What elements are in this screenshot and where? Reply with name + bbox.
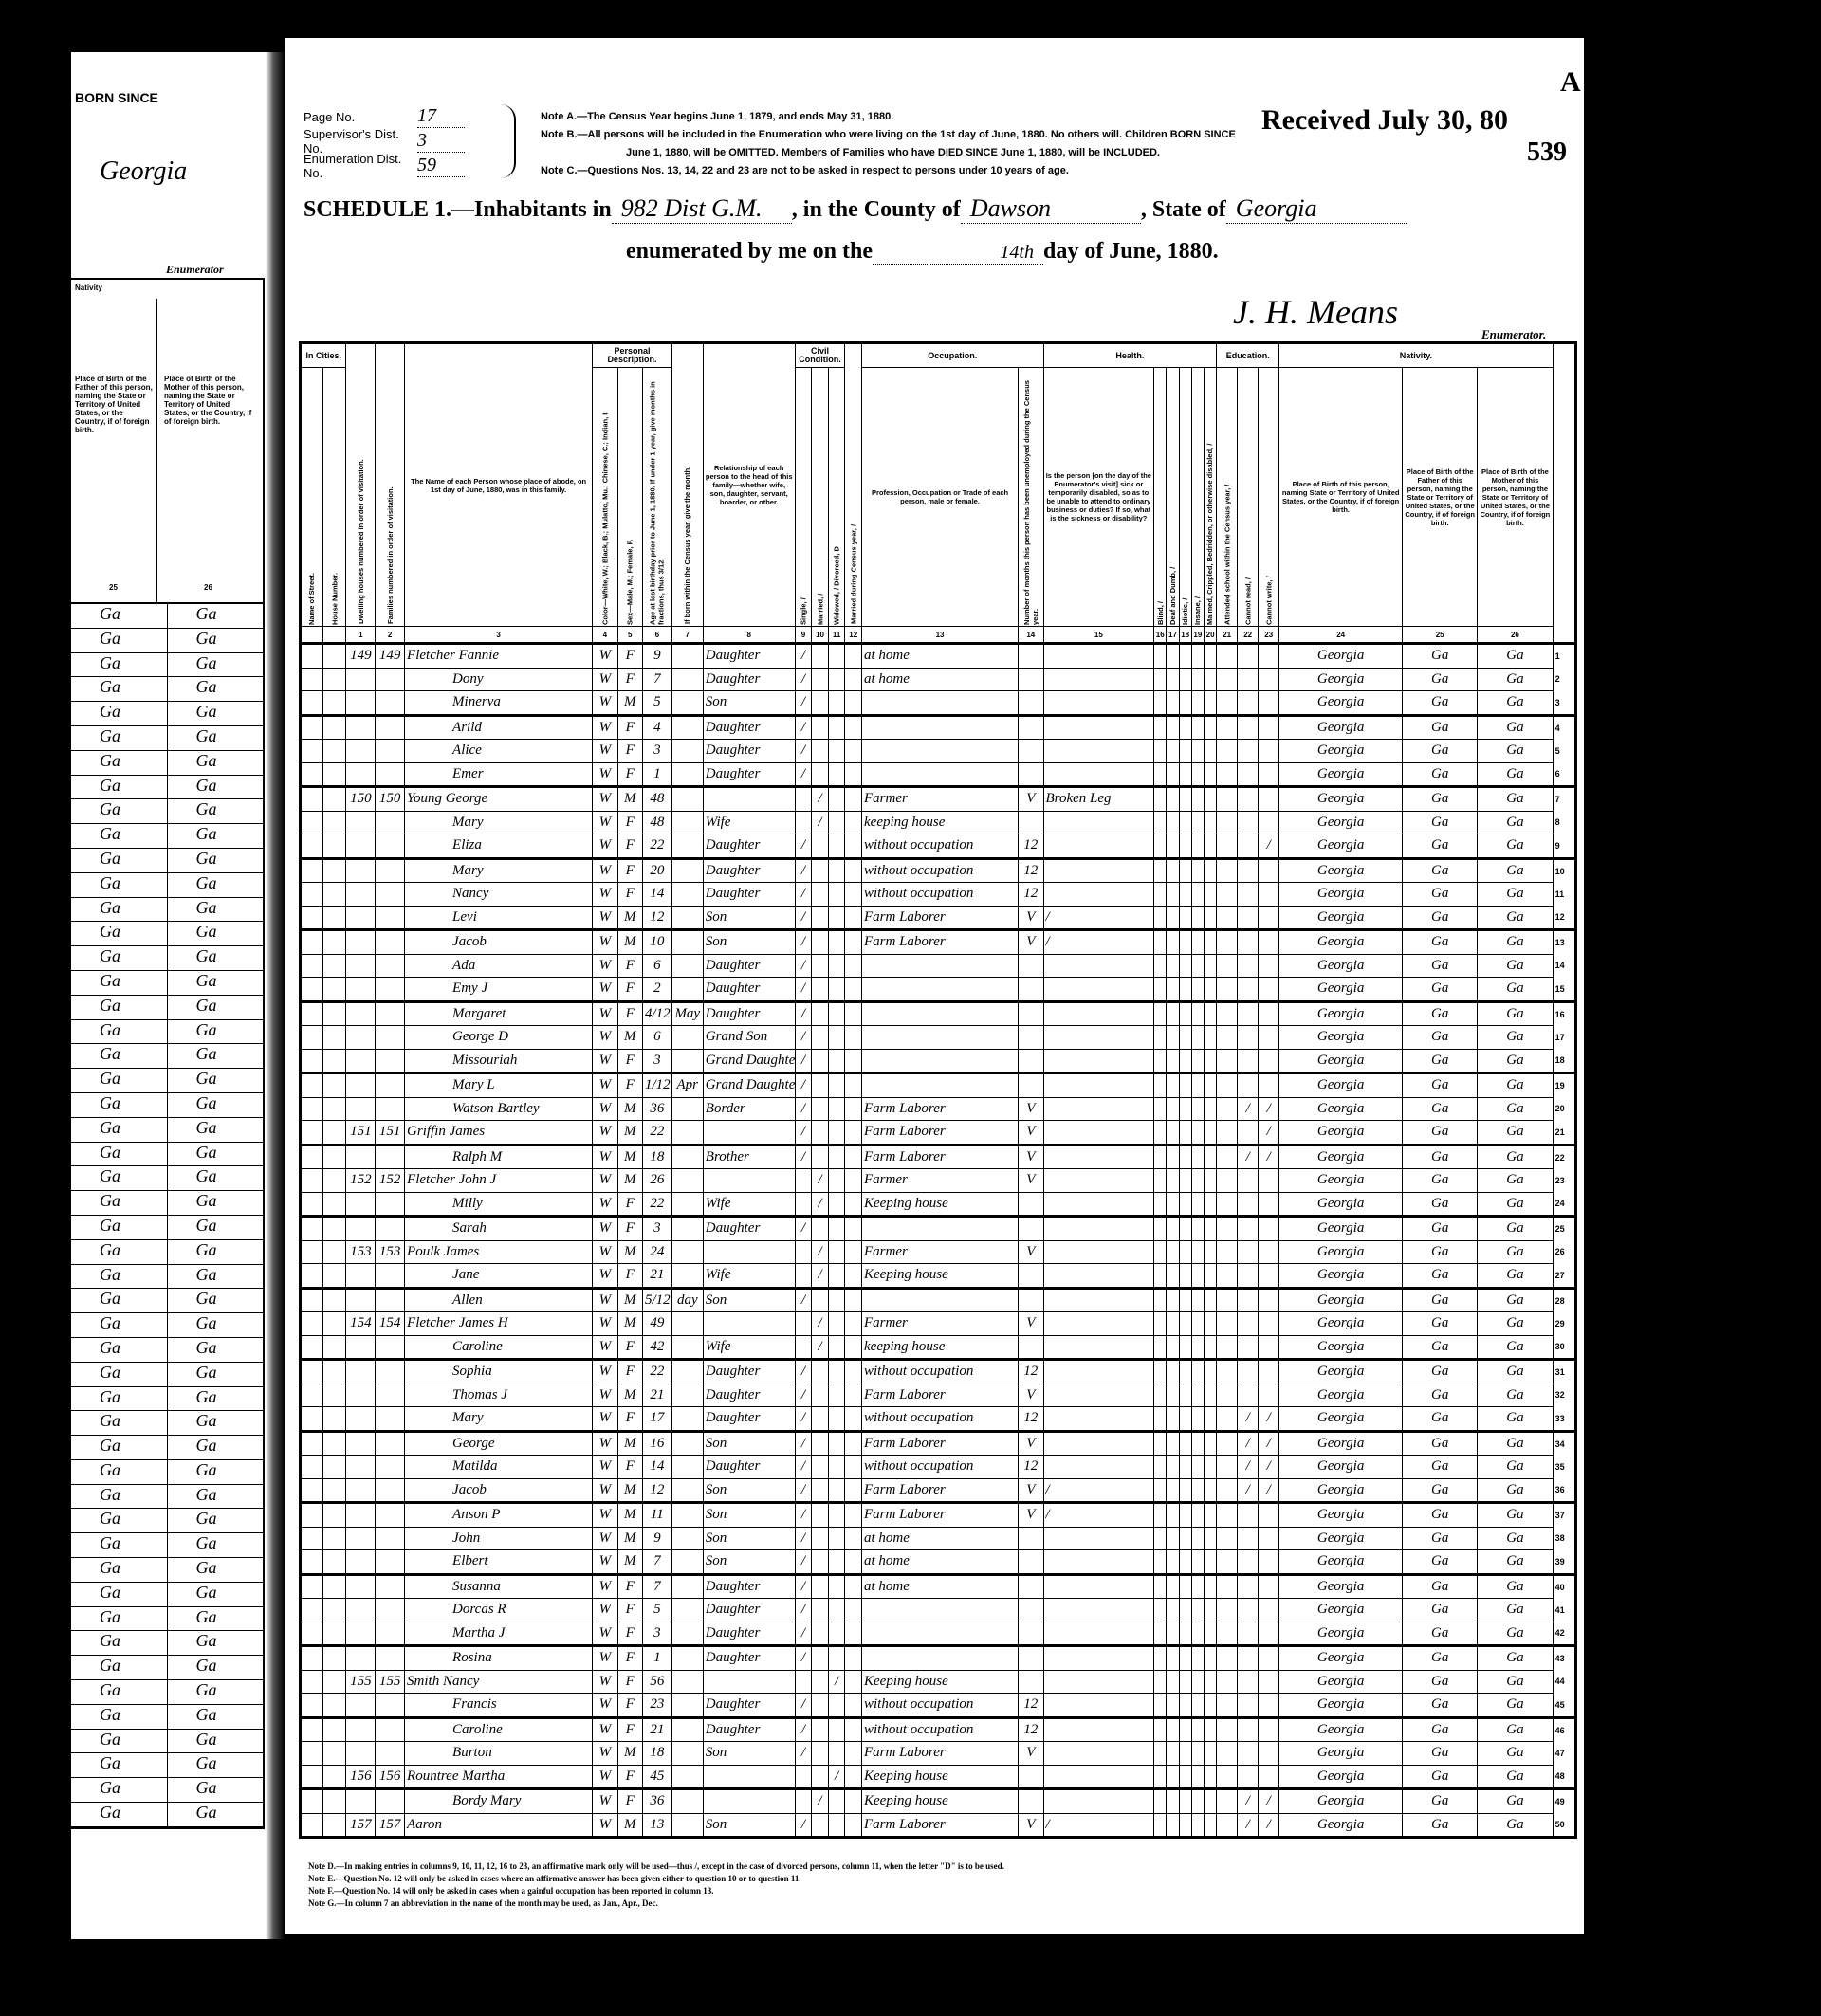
widowed-cell [828,1026,845,1050]
idiotic-cell [1179,1312,1191,1336]
prev-father-birthplace: Ga [71,824,167,848]
cannot-write-cell [1259,858,1279,883]
sex-cell: M [617,1503,642,1528]
cannot-read-cell [1238,644,1259,669]
married-cell [812,1622,829,1646]
prev-row: GaGa [71,1166,263,1191]
sickness-cell [1043,1431,1154,1456]
birth-month-cell [671,1574,703,1599]
birthplace-cell: Georgia [1279,811,1403,834]
idiotic-cell [1179,1264,1191,1289]
months-unemployed-cell: V [1019,1813,1043,1838]
deaf-dumb-cell [1167,978,1179,1002]
cannot-read-cell [1238,1335,1259,1360]
street-cell [301,1456,323,1479]
prev-father-birthplace: Ga [71,1583,167,1606]
street-cell [301,1026,323,1050]
table-row: MinervaWM5Son/GeorgiaGaGa3 [301,691,1576,716]
married-cell [812,858,829,883]
mother-birthplace-cell: Ga [1478,1717,1553,1742]
blind-cell [1154,1049,1167,1073]
relationship-cell [703,1121,795,1145]
person-name-cell: Rosina [405,1646,593,1671]
color-cell: W [593,1288,617,1312]
idiotic-cell [1179,1670,1191,1694]
sickness-cell [1043,1073,1154,1098]
deaf-dumb-cell [1167,1574,1179,1599]
cannot-write-cell: / [1259,1097,1279,1121]
birth-month-cell [671,787,703,812]
sex-cell: M [617,691,642,716]
months-unemployed-cell [1019,1574,1043,1599]
col5-header: Sex—Male, M.; Female, F. [617,368,642,627]
prev-row: GaGa [71,1509,263,1533]
attended-school-cell [1217,883,1238,907]
father-birthplace-cell: Ga [1403,1431,1478,1456]
birth-month-cell [671,1503,703,1528]
occupation-cell: keeping house [862,1335,1019,1360]
sex-cell: F [617,978,642,1002]
street-cell [301,1121,323,1145]
relationship-cell [703,1765,795,1789]
sex-cell: F [617,1789,642,1814]
birthplace-cell: Georgia [1279,883,1403,907]
months-unemployed-cell: V [1019,930,1043,955]
birthplace-cell: Georgia [1279,668,1403,691]
prev-row: GaGa [71,1363,263,1387]
sickness-cell [1043,1765,1154,1789]
birth-month-cell [671,1456,703,1479]
relationship-cell: Daughter [703,740,795,763]
widowed-cell [828,1646,845,1671]
insane-cell [1191,1192,1204,1217]
birth-month-cell [671,1049,703,1073]
person-name-cell: Elbert [405,1550,593,1575]
col26-header: Place of Birth of the Mother of this per… [1478,368,1553,627]
idiotic-cell [1179,834,1191,859]
prev-mother-birthplace: Ga [167,1803,264,1826]
father-birthplace-cell: Ga [1403,978,1478,1002]
age-cell: 9 [642,644,671,669]
street-cell [301,954,323,978]
deaf-dumb-cell [1167,1121,1179,1145]
color-cell: W [593,930,617,955]
married-census-year-cell [845,1765,862,1789]
family-number-cell [376,1264,405,1289]
dwelling-number-cell [346,1599,376,1622]
dwelling-number-cell [346,715,376,740]
table-row: MillyWF22Wife/Keeping houseGeorgiaGaGa24 [301,1192,1576,1217]
row-number-cell: 25 [1553,1217,1575,1241]
cannot-write-cell [1259,1599,1279,1622]
mother-birthplace-cell: Ga [1478,1599,1553,1622]
occupation-cell: at home [862,644,1019,669]
maimed-cell [1204,1097,1216,1121]
single-cell [795,1192,812,1217]
prev-row: GaGa [71,1778,263,1803]
father-birthplace-cell: Ga [1403,1670,1478,1694]
sex-cell: F [617,1670,642,1694]
prev-mother-birthplace: Ga [167,1730,264,1753]
single-cell: / [795,954,812,978]
birth-month-cell [671,1407,703,1432]
birth-month-cell [671,1599,703,1622]
idiotic-cell [1179,740,1191,763]
table-row: 149149Fletcher FannieWF9Daughter/at home… [301,644,1576,669]
married-census-year-cell [845,1503,862,1528]
cannot-read-cell [1238,740,1259,763]
insane-cell [1191,1001,1204,1026]
sex-cell: F [617,1622,642,1646]
col6-header: Age at last birthday prior to June 1, 18… [642,368,671,627]
blind-cell [1154,740,1167,763]
insane-cell [1191,1384,1204,1407]
table-row: 154154Fletcher James HWM49/FarmerVGeorgi… [301,1312,1576,1336]
street-cell [301,1288,323,1312]
person-name-cell: Fletcher Fannie [405,644,593,669]
family-number-cell [376,1097,405,1121]
street-cell [301,1527,323,1550]
prev-row: GaGa [71,1191,263,1216]
maimed-cell [1204,930,1216,955]
married-cell [812,1431,829,1456]
birthplace-cell: Georgia [1279,834,1403,859]
sickness-cell [1043,1670,1154,1694]
relationship-cell: Daughter [703,644,795,669]
street-cell [301,1431,323,1456]
sex-cell: M [617,1097,642,1121]
birthplace-cell: Georgia [1279,1073,1403,1098]
married-cell: / [812,1335,829,1360]
maimed-cell [1204,762,1216,787]
col15-header: Is the person [on the day of the Enumera… [1043,368,1154,627]
maimed-cell [1204,1717,1216,1742]
maimed-cell [1204,740,1216,763]
col24-header: Place of Birth of this person, naming St… [1279,368,1403,627]
col9-header: Single, / [795,368,812,627]
prev-enumerator-label: Enumerator [166,263,224,277]
birthplace-cell: Georgia [1279,858,1403,883]
attended-school-cell [1217,668,1238,691]
deaf-dumb-cell [1167,930,1179,955]
maimed-cell [1204,1026,1216,1050]
house-number-cell [323,668,346,691]
prev-father-birthplace: Ga [71,1020,167,1044]
prev-mother-birthplace: Ga [167,1363,264,1386]
months-unemployed-cell [1019,978,1043,1002]
occupation-cell: Farm Laborer [862,1503,1019,1528]
insane-cell [1191,691,1204,716]
street-header: Name of Street. [301,368,323,627]
cannot-read-cell [1238,1001,1259,1026]
sickness-cell [1043,1288,1154,1312]
color-cell: W [593,1574,617,1599]
color-cell: W [593,1503,617,1528]
sickness-cell: / [1043,930,1154,955]
street-cell [301,1646,323,1671]
row-number-cell: 19 [1553,1073,1575,1098]
row-number-cell: 44 [1553,1670,1575,1694]
months-unemployed-cell [1019,1527,1043,1550]
person-name-cell: George [405,1431,593,1456]
age-cell: 17 [642,1407,671,1432]
street-cell [301,1574,323,1599]
sickness-cell [1043,1407,1154,1432]
father-birthplace-cell: Ga [1403,1765,1478,1789]
married-census-year-cell [845,1694,862,1718]
family-number-cell [376,1503,405,1528]
age-cell: 3 [642,1049,671,1073]
dwelling-number-cell [346,834,376,859]
sickness-cell [1043,644,1154,669]
relationship-cell: Daughter [703,1717,795,1742]
idiotic-cell [1179,1789,1191,1814]
birthplace-cell: Georgia [1279,1407,1403,1432]
cannot-write-cell [1259,1742,1279,1766]
dwelling-number-cell: 157 [346,1813,376,1838]
mother-birthplace-cell: Ga [1478,1049,1553,1073]
widowed-cell [828,1622,845,1646]
deaf-dumb-cell [1167,1478,1179,1503]
married-census-year-cell [845,1288,862,1312]
house-number-cell [323,1026,346,1050]
prev-mother-birthplace: Ga [167,677,264,701]
house-number-cell [323,906,346,930]
birthplace-cell: Georgia [1279,1192,1403,1217]
occupation-cell: without occupation [862,858,1019,883]
cannot-write-cell: / [1259,1789,1279,1814]
idiotic-cell [1179,811,1191,834]
person-name-cell: Bordy Mary [405,1789,593,1814]
table-row: GeorgeWM16Son/Farm LaborerV//GeorgiaGaGa… [301,1431,1576,1456]
married-cell [812,883,829,907]
street-cell [301,1097,323,1121]
column-number: 5 [617,627,642,644]
prev-row: GaGa [71,1289,263,1313]
months-unemployed-cell: 12 [1019,858,1043,883]
prev-mother-birthplace: Ga [167,1240,264,1264]
prev-mother-birthplace: Ga [167,751,264,775]
person-name-cell: Dorcas R [405,1599,593,1622]
blind-cell [1154,1789,1167,1814]
deaf-dumb-cell [1167,1026,1179,1050]
occupation-cell: Farmer [862,1240,1019,1264]
relationship-cell: Daughter [703,762,795,787]
single-cell [795,1789,812,1814]
street-cell [301,787,323,812]
insane-cell [1191,1049,1204,1073]
widowed-cell [828,1742,845,1766]
prev-father-birthplace: Ga [71,1216,167,1239]
table-row: Mary LWF1/12AprGrand Daughter/GeorgiaGaG… [301,1073,1576,1098]
married-cell [812,1288,829,1312]
cannot-read-cell [1238,1169,1259,1193]
row-number-cell: 36 [1553,1478,1575,1503]
col7-header: If born within the Census year, give the… [671,343,703,627]
table-row: BurtonWM18Son/Farm LaborerVGeorgiaGaGa47 [301,1742,1576,1766]
occupation-cell: Farm Laborer [862,1431,1019,1456]
idiotic-cell [1179,1742,1191,1766]
street-cell [301,1192,323,1217]
cannot-read-cell: / [1238,1431,1259,1456]
idiotic-cell [1179,1431,1191,1456]
cannot-read-cell [1238,1026,1259,1050]
father-birthplace-cell: Ga [1403,834,1478,859]
prev-mother-birthplace: Ga [167,1778,264,1802]
insane-cell [1191,978,1204,1002]
house-number-cell [323,1503,346,1528]
insane-cell [1191,834,1204,859]
months-unemployed-cell [1019,1217,1043,1241]
birth-month-cell [671,1765,703,1789]
married-cell: / [812,1789,829,1814]
age-cell: 6 [642,1026,671,1050]
relationship-cell: Brother [703,1145,795,1169]
dwelling-number-cell [346,883,376,907]
house-number-cell [323,1456,346,1479]
months-unemployed-cell: V [1019,787,1043,812]
person-name-cell: Missouriah [405,1049,593,1073]
relationship-cell: Wife [703,811,795,834]
sickness-cell [1043,978,1154,1002]
deaf-dumb-cell [1167,1622,1179,1646]
maimed-cell [1204,1049,1216,1073]
married-cell [812,1097,829,1121]
prev-father-birthplace: Ga [71,799,167,823]
maimed-cell [1204,906,1216,930]
maimed-cell [1204,1407,1216,1432]
occupation-cell: Farm Laborer [862,1384,1019,1407]
birthplace-cell: Georgia [1279,1646,1403,1671]
age-cell: 3 [642,1622,671,1646]
family-number-cell [376,1145,405,1169]
occupation-cell: Farm Laborer [862,930,1019,955]
age-cell: 16 [642,1431,671,1456]
mother-birthplace-cell: Ga [1478,691,1553,716]
prev-row: GaGa [71,1387,263,1412]
dwelling-number-cell [346,1049,376,1073]
blind-cell [1154,1192,1167,1217]
color-cell: W [593,1789,617,1814]
header-notes: Note A.—The Census Year begins June 1, 1… [541,108,1236,180]
street-cell [301,1789,323,1814]
column-number-row: 1234567891011121314151617181920212223242… [301,627,1576,644]
deaf-dumb-cell [1167,1240,1179,1264]
married-cell [812,906,829,930]
dwelling-number-cell [346,906,376,930]
idiotic-cell [1179,930,1191,955]
sex-cell: M [617,1145,642,1169]
single-cell: / [795,1097,812,1121]
prev-father-birthplace: Ga [71,1093,167,1117]
age-cell: 14 [642,883,671,907]
age-cell: 45 [642,1765,671,1789]
blind-cell [1154,644,1167,669]
mother-birthplace-cell: Ga [1478,834,1553,859]
color-cell: W [593,811,617,834]
occupation-cell: without occupation [862,1456,1019,1479]
birthplace-cell: Georgia [1279,954,1403,978]
married-census-year-cell [845,1097,862,1121]
sex-cell: F [617,1646,642,1671]
months-unemployed-cell: 12 [1019,1456,1043,1479]
sex-cell: F [617,1599,642,1622]
sickness-cell [1043,1599,1154,1622]
single-cell: / [795,1431,812,1456]
house-number-cell [323,1813,346,1838]
maimed-cell [1204,1335,1216,1360]
insane-cell [1191,1503,1204,1528]
idiotic-cell [1179,1169,1191,1193]
cannot-write-cell [1259,1670,1279,1694]
relationship-cell: Wife [703,1264,795,1289]
dwelling-number-cell [346,740,376,763]
cannot-write-cell: / [1259,1121,1279,1145]
color-cell: W [593,1478,617,1503]
sickness-cell [1043,1694,1154,1718]
maimed-cell [1204,1456,1216,1479]
enum-dist-label: Enumeration Dist. No. [303,152,417,180]
family-number-cell [376,1049,405,1073]
sickness-cell [1043,715,1154,740]
deaf-dumb-cell [1167,1360,1179,1384]
prev-mother-birthplace: Ga [167,1338,264,1362]
sex-cell: F [617,715,642,740]
months-unemployed-cell: V [1019,1431,1043,1456]
idiotic-cell [1179,883,1191,907]
occupation-cell: Farm Laborer [862,1145,1019,1169]
attended-school-cell [1217,1765,1238,1789]
prev-mother-birthplace: Ga [167,653,264,677]
cannot-write-cell [1259,1527,1279,1550]
color-cell: W [593,787,617,812]
person-name-cell: Poulk James [405,1240,593,1264]
family-number-cell [376,811,405,834]
widowed-cell [828,1694,845,1718]
father-birthplace-cell: Ga [1403,1264,1478,1289]
relationship-cell [703,1312,795,1336]
person-name-cell: Thomas J [405,1384,593,1407]
married-cell [812,715,829,740]
house-number-cell [323,1264,346,1289]
row-number-cell: 29 [1553,1312,1575,1336]
birth-month-cell [671,1192,703,1217]
blind-cell [1154,1001,1167,1026]
cannot-write-cell: / [1259,1478,1279,1503]
enumerator-signature: J. H. Means [1233,292,1398,332]
cannot-write-cell [1259,1217,1279,1241]
person-name-cell: Margaret [405,1001,593,1026]
months-unemployed-cell [1019,1646,1043,1671]
married-cell [812,1599,829,1622]
street-cell [301,1335,323,1360]
birthplace-cell: Georgia [1279,1670,1403,1694]
house-number-cell [323,1742,346,1766]
sickness-cell [1043,811,1154,834]
table-row: Martha JWF3Daughter/GeorgiaGaGa42 [301,1622,1576,1646]
street-cell [301,978,323,1002]
mother-birthplace-cell: Ga [1478,1478,1553,1503]
street-cell [301,1001,323,1026]
birth-month-cell [671,1097,703,1121]
months-unemployed-cell [1019,740,1043,763]
cannot-write-cell [1259,668,1279,691]
birth-month-cell [671,668,703,691]
col22-header: Cannot read, / [1238,368,1259,627]
dwelling-number-cell: 156 [346,1765,376,1789]
occupation-cell [862,715,1019,740]
prev-row: GaGa [71,1583,263,1607]
